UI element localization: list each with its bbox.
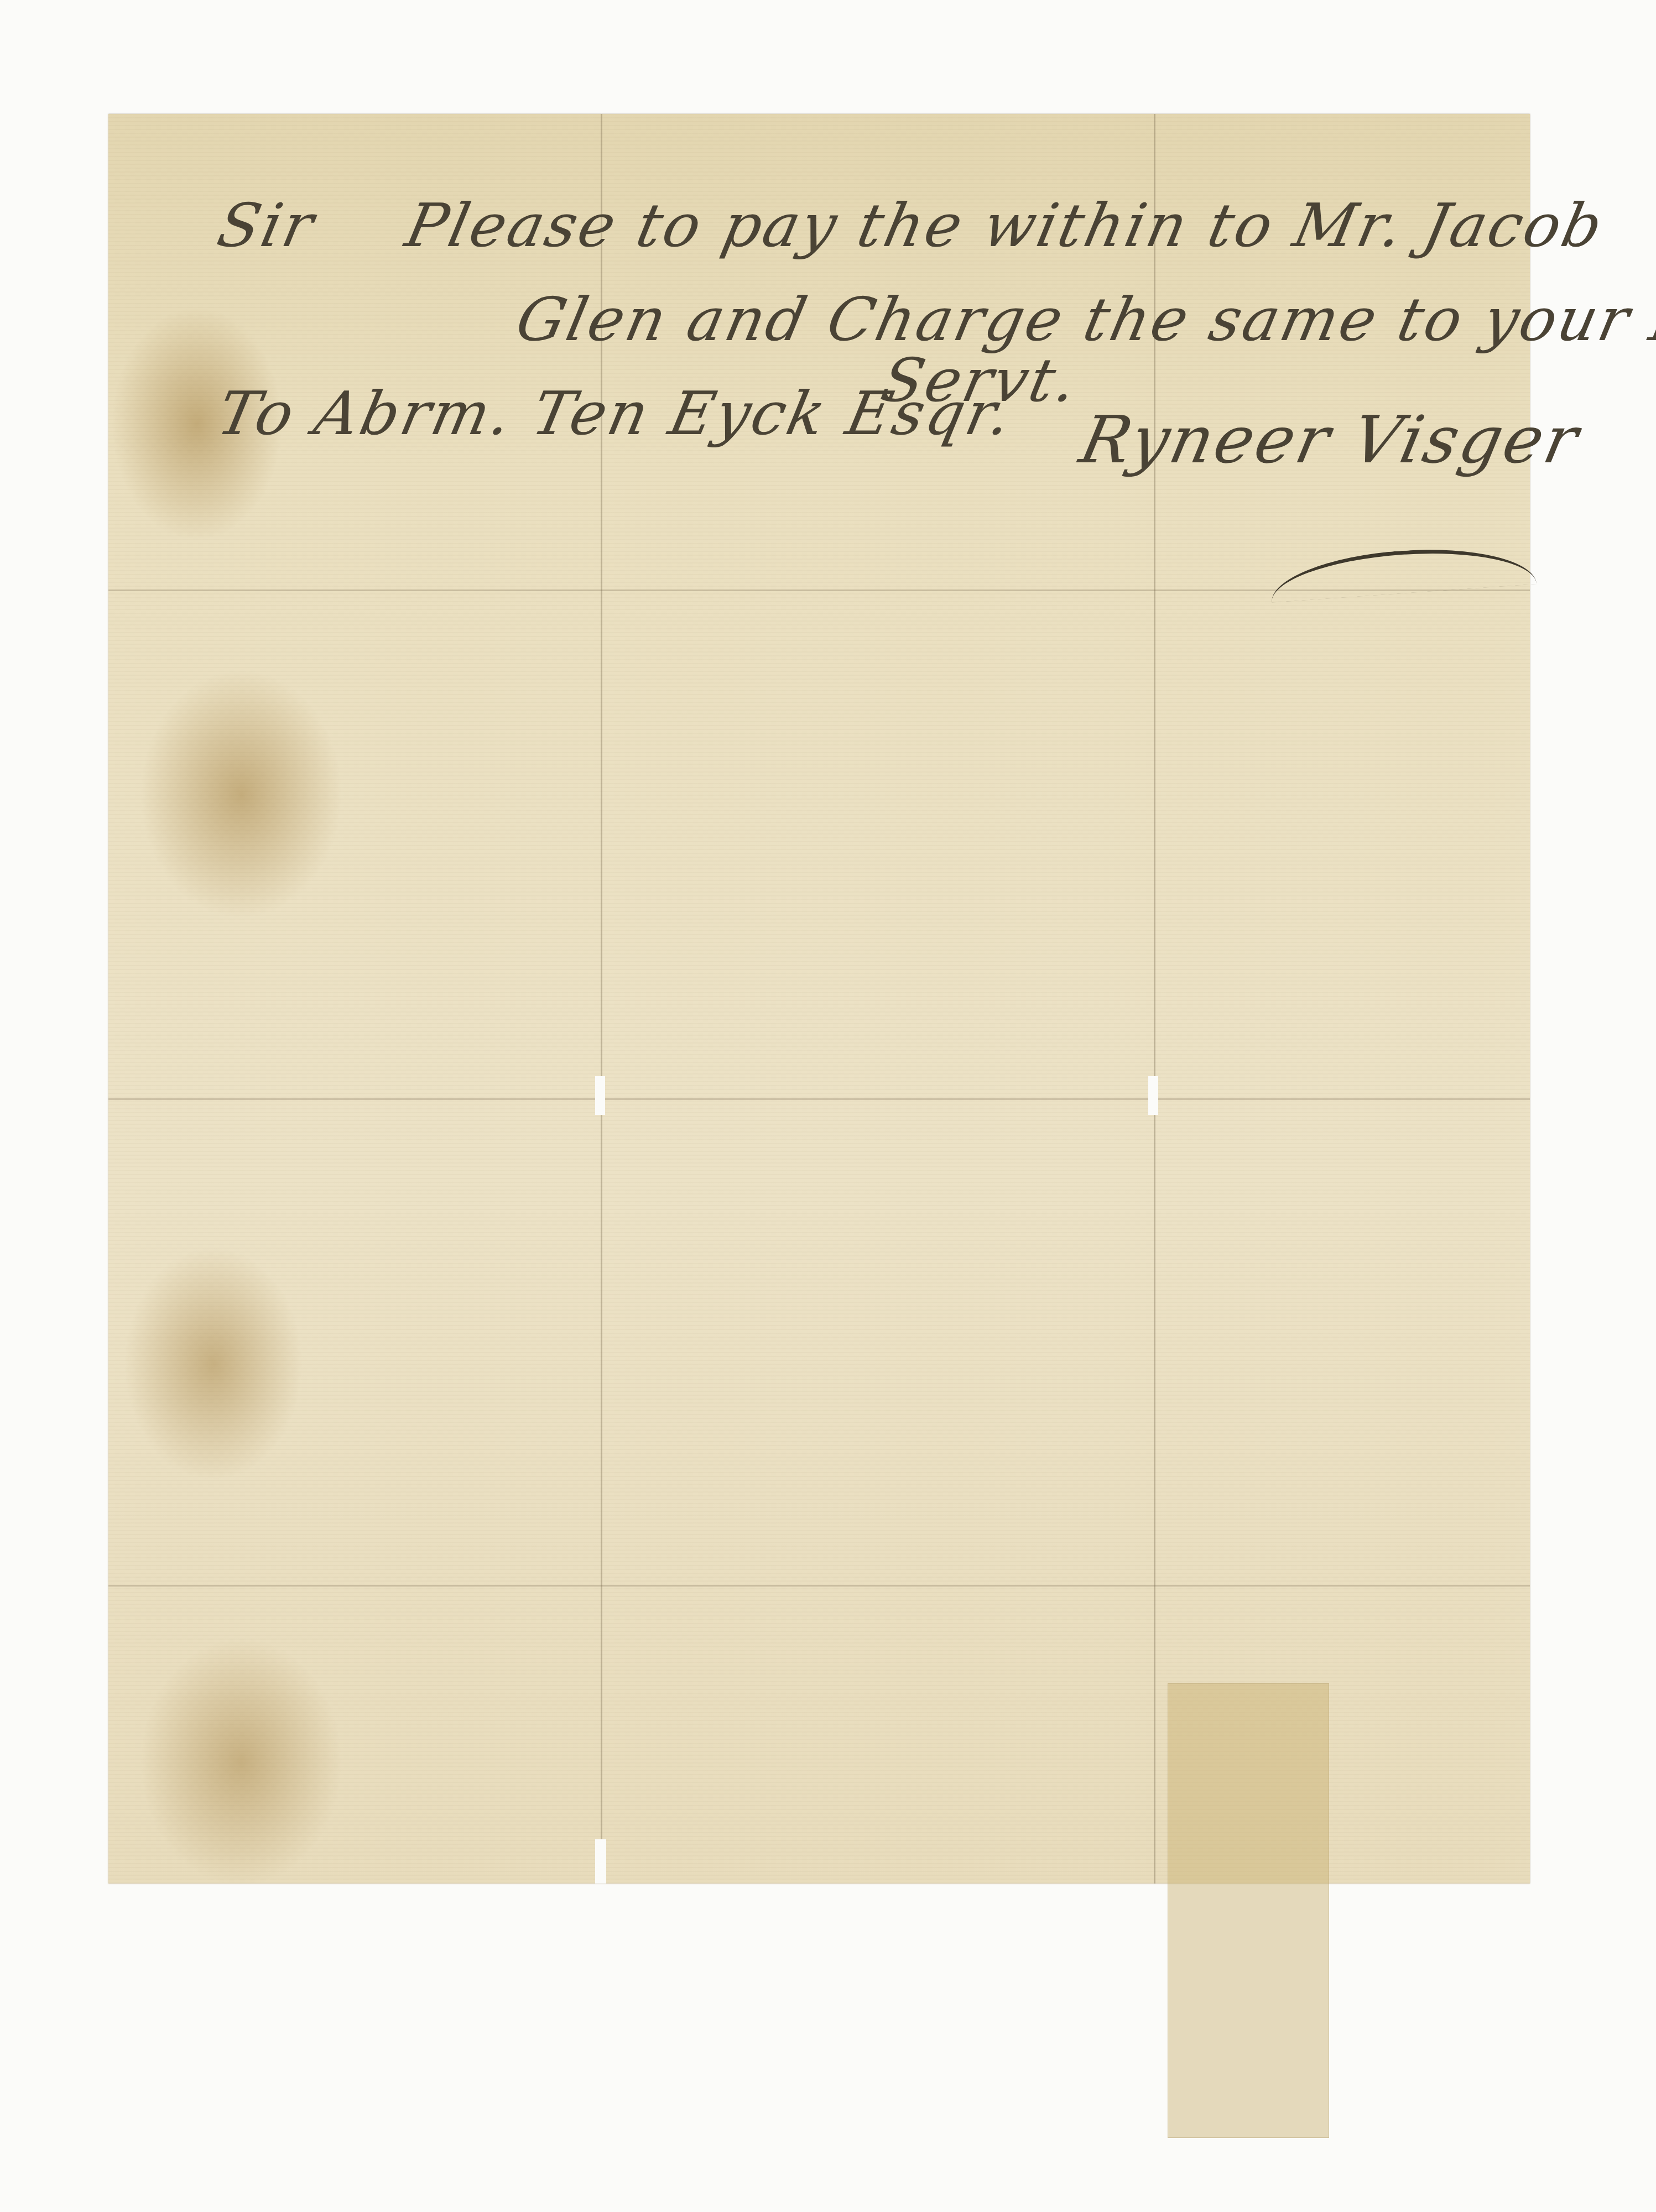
salutation: Sir bbox=[212, 191, 322, 260]
horizontal-fold-3 bbox=[108, 1585, 1530, 1587]
fold-tear bbox=[595, 1076, 605, 1115]
body-line-2: Glen and Charge the same to your Humble bbox=[511, 285, 1656, 354]
fold-tear bbox=[1148, 1076, 1158, 1115]
fold-tear bbox=[595, 1839, 606, 1884]
body-line-1: Please to pay the within to Mr. Jacob bbox=[400, 191, 1611, 260]
signature-flourish bbox=[1269, 541, 1537, 602]
vertical-fold-right bbox=[1154, 114, 1155, 1884]
letter-sheet: Sir Please to pay the within to Mr. Jaco… bbox=[108, 114, 1530, 1884]
horizontal-fold-2 bbox=[108, 1098, 1530, 1100]
closing-servant: Servt. bbox=[876, 346, 1085, 415]
repair-tape bbox=[1168, 1683, 1329, 2138]
signature: Ryneer Visger bbox=[1074, 401, 1587, 478]
